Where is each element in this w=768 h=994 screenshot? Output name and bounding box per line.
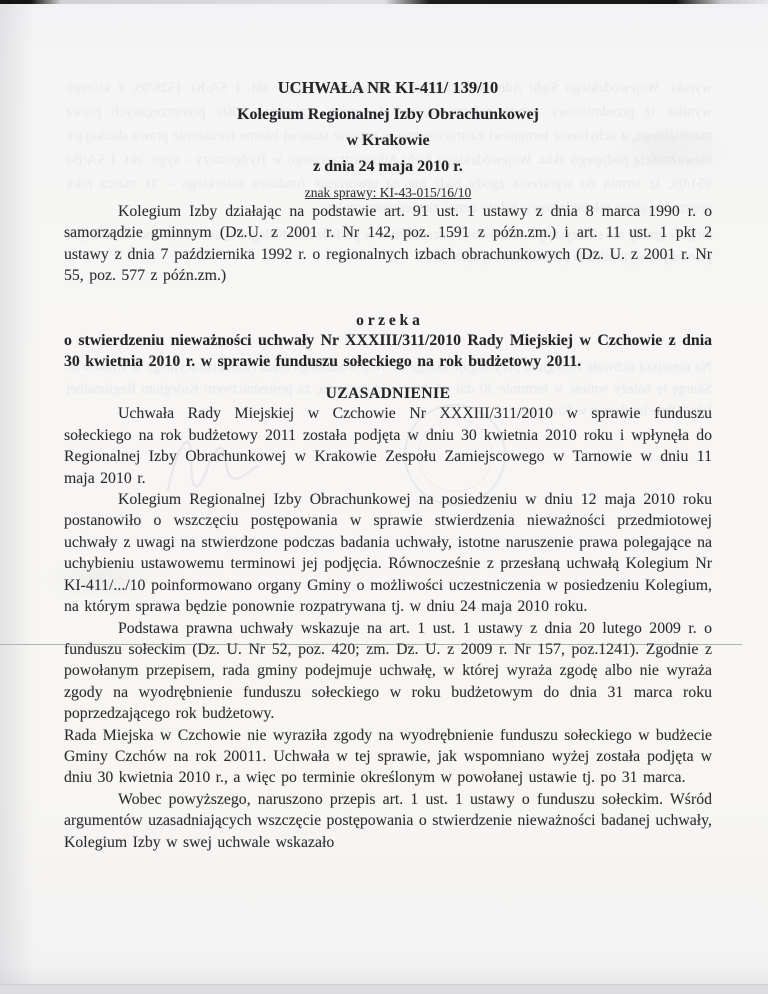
ruling-word: o r z e k a — [64, 312, 712, 330]
scanner-bottom-edge — [0, 984, 768, 994]
justification-paragraph: Podstawa prawna uchwały wskazuje na art.… — [64, 618, 712, 725]
scanned-page: wyroki: Wojewódzkiego Sądu Administracyj… — [0, 0, 768, 994]
justification-paragraph: Uchwała Rady Miejskiej w Czchowie Nr XXX… — [64, 403, 712, 489]
resolution-date: z dnia 24 maja 2010 r. — [64, 157, 712, 177]
justification-paragraph: Wobec powyższego, naruszono przepis art.… — [64, 789, 712, 853]
resolution-number: UCHWAŁA NR KI-411/ 139/10 — [64, 78, 712, 98]
justification-paragraph: Kolegium Regionalnej Izby Obrachunkowej … — [64, 489, 712, 617]
justification-heading: UZASADNIENIE — [64, 385, 712, 403]
issuing-body: Kolegium Regionalnej Izby Obrachunkowej — [64, 105, 712, 125]
justification-paragraph: Rada Miejska w Czchowie nie wyraziła zgo… — [64, 725, 712, 789]
ruling-paragraph: o stwierdzeniu nieważności uchwały Nr XX… — [64, 330, 712, 373]
case-reference: znak sprawy: KI-43-015/16/10 — [64, 185, 712, 201]
horizontal-scan-line-artifact — [0, 644, 742, 645]
resolution-document: UCHWAŁA NR KI-411/ 139/10 Kolegium Regio… — [64, 78, 712, 853]
page-edge-shadow — [0, 0, 34, 994]
legal-basis-paragraph: Kolegium Izby działając na podstawie art… — [64, 201, 712, 287]
issuing-city: w Krakowie — [64, 131, 712, 151]
scanner-top-edge — [0, 0, 768, 4]
